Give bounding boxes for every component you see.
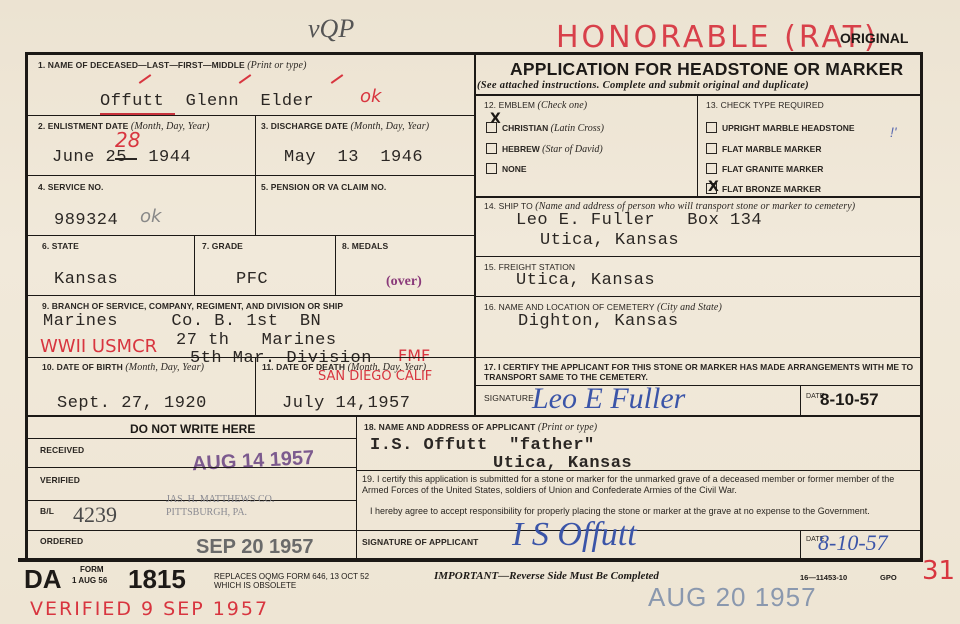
- row-divider: [476, 94, 920, 96]
- col-divider: [255, 357, 256, 415]
- certification-17: 17. I CERTIFY THE APPLICANT FOR THIS STO…: [484, 362, 914, 382]
- emblem-none-checkbox[interactable]: [486, 163, 497, 174]
- emblem-hebrew-label: HEBREW (Star of David): [502, 144, 603, 155]
- branch-line-1: Marines Co. B. 1st BN: [43, 312, 321, 331]
- row-divider: [28, 357, 474, 358]
- field-8-label: 8. MEDALS: [342, 241, 388, 251]
- state-value: Kansas: [54, 270, 118, 289]
- type-upright-marble-label: UPRIGHT MARBLE HEADSTONE: [722, 123, 855, 133]
- death-date: July 14,1957: [282, 394, 410, 413]
- branch-line-2: 27 th Marines: [176, 331, 337, 350]
- row-divider: [357, 470, 920, 471]
- field-10-label: 10. DATE OF BIRTH (Month, Day, Year): [42, 362, 204, 373]
- deceased-name: Offutt Glenn Elder: [100, 92, 314, 111]
- emblem-hebrew-checkbox[interactable]: [486, 143, 497, 154]
- bottom-date-stamp: AUG 20 1957: [648, 582, 817, 613]
- applicant-signature-label: SIGNATURE OF APPLICANT: [362, 537, 478, 547]
- contractor-stamp-line-1: JAS. H. MATTHEWS CO.: [166, 494, 274, 505]
- row-divider-thick: [28, 415, 920, 417]
- field-7-label: 7. GRADE: [202, 241, 243, 251]
- row-divider: [28, 235, 474, 236]
- row-divider: [476, 357, 920, 358]
- enlistment-day-correction: 28: [115, 128, 140, 152]
- ship-to-line-2: Utica, Kansas: [540, 231, 679, 250]
- field-13-label: 13. CHECK TYPE REQUIRED: [706, 100, 824, 110]
- field-9-label: 9. BRANCH OF SERVICE, COMPANY, REGIMENT,…: [42, 301, 343, 311]
- grade-value: PFC: [236, 270, 268, 289]
- service-number: 989324: [54, 211, 118, 230]
- type-flat-marble-checkbox[interactable]: [706, 143, 717, 154]
- type-flat-granite-label: FLAT GRANITE MARKER: [722, 164, 823, 174]
- honorable-annotation: HONORABLE (RAT): [556, 20, 879, 55]
- checked-x-icon: X: [708, 179, 719, 195]
- gpo-mark: GPO: [880, 573, 897, 582]
- ordered-label: ORDERED: [40, 536, 83, 546]
- col-divider: [800, 531, 801, 559]
- applicant-signature: I S Offutt: [512, 516, 637, 554]
- verified-annotation: VERIFIED 9 SEP 1957: [30, 598, 269, 620]
- emblem-christian-label: CHRISTIAN (Latin Cross): [502, 123, 604, 134]
- frame-bottom: [18, 558, 923, 562]
- birth-date: Sept. 27, 1920: [57, 394, 207, 413]
- col-divider: [335, 235, 336, 295]
- form-title: APPLICATION FOR HEADSTONE OR MARKER: [510, 59, 903, 80]
- check-tick: [239, 74, 252, 84]
- transporter-signature: Leo E Fuller: [532, 382, 685, 416]
- field-3-label: 3. DISCHARGE DATE (Month, Day, Year): [261, 121, 429, 132]
- lower-divider: [356, 415, 357, 559]
- check-tick: [139, 74, 152, 84]
- form-word: FORM: [80, 565, 104, 574]
- ordered-stamp: SEP 20 1957: [196, 536, 314, 559]
- received-label: RECEIVED: [40, 445, 84, 455]
- replaces-line-2: WHICH IS OBSOLETE: [214, 581, 296, 590]
- date-19-value: 8-10-57: [818, 530, 888, 556]
- type-upright-marble-checkbox[interactable]: [706, 122, 717, 133]
- cemetery-location: Dighton, Kansas: [518, 312, 679, 331]
- frame-right: [920, 52, 923, 560]
- row-divider: [476, 296, 920, 297]
- original-label: ORIGINAL: [840, 30, 908, 46]
- corner-initials: vQP: [308, 14, 354, 44]
- medals-value: (over): [386, 274, 422, 290]
- frame-left: [25, 52, 28, 560]
- headstone-application-form: vQP HONORABLE (RAT) ORIGINAL 1. NAME OF …: [0, 0, 960, 624]
- col-divider: [697, 96, 698, 196]
- form-number: 1815: [128, 564, 186, 595]
- enlistment-day-strike: [115, 158, 137, 160]
- row-divider: [476, 196, 920, 198]
- field-1-label: 1. NAME OF DECEASED—LAST—FIRST—MIDDLE (P…: [38, 60, 307, 71]
- replaces-line-1: REPLACES OQMG FORM 646, 13 OCT 52: [214, 572, 369, 581]
- type-flat-marble-label: FLAT MARBLE MARKER: [722, 144, 821, 154]
- form-date: 1 AUG 56: [72, 576, 107, 585]
- checked-x-icon: X: [490, 111, 501, 127]
- certification-19-para-2: I hereby agree to accept responsibility …: [362, 506, 914, 517]
- emblem-none-label: NONE: [502, 164, 527, 174]
- col-divider: [800, 386, 801, 416]
- row-divider: [28, 467, 356, 468]
- type-flat-granite-checkbox[interactable]: [706, 163, 717, 174]
- field-6-label: 6. STATE: [42, 241, 79, 251]
- service-ok-annotation: ok: [140, 206, 161, 227]
- do-not-write-heading: DO NOT WRITE HERE: [130, 422, 255, 436]
- form-subtitle: (See attached instructions. Complete and…: [477, 80, 809, 91]
- field-18-label: 18. NAME AND ADDRESS OF APPLICANT (Print…: [364, 422, 597, 433]
- row-divider: [28, 530, 356, 531]
- death-place-annotation: SAN DIEGO CALIF: [318, 369, 432, 384]
- field-4-label: 4. SERVICE NO.: [38, 182, 104, 192]
- row-divider: [28, 175, 474, 176]
- contractor-stamp-line-2: PITTSBURGH, PA.: [166, 507, 247, 518]
- discharge-date: May 13 1946: [284, 148, 423, 167]
- row-divider: [28, 438, 356, 439]
- important-note: IMPORTANT—Reverse Side Must Be Completed: [434, 570, 659, 582]
- center-divider: [474, 55, 476, 415]
- bl-label: B/L: [40, 506, 54, 516]
- page-mark: 31: [922, 556, 955, 586]
- row-divider: [28, 115, 474, 116]
- row-divider: [476, 256, 920, 257]
- certification-19-para-1: 19. I certify this application is submit…: [362, 474, 914, 495]
- wwii-usmcr-annotation: WWII USMCR: [40, 336, 157, 357]
- date-17-value: 8-10-57: [820, 390, 879, 410]
- signature-17-label: SIGNATURE: [484, 393, 534, 403]
- bl-number: 4239: [73, 502, 117, 528]
- name-ok-annotation: ok: [360, 86, 381, 107]
- freight-station: Utica, Kansas: [516, 271, 655, 290]
- check-tick: [331, 74, 344, 84]
- ship-to-line-1: Leo E. Fuller Box 134: [516, 211, 762, 230]
- received-stamp: AUG 14 1957: [191, 447, 314, 476]
- print-code: 16—11453-10: [800, 573, 847, 582]
- form-prefix: DA: [24, 564, 62, 595]
- field-12-label: 12. EMBLEM (Check one): [484, 100, 587, 111]
- side-check-mark: !': [890, 124, 897, 140]
- field-5-label: 5. PENSION OR VA CLAIM NO.: [261, 182, 386, 192]
- col-divider: [194, 235, 195, 295]
- verified-label: VERIFIED: [40, 475, 80, 485]
- type-flat-bronze-label: FLAT BRONZE MARKER: [722, 184, 821, 194]
- applicant-line-1: I.S. Offutt "father": [370, 436, 595, 455]
- row-divider: [28, 295, 474, 296]
